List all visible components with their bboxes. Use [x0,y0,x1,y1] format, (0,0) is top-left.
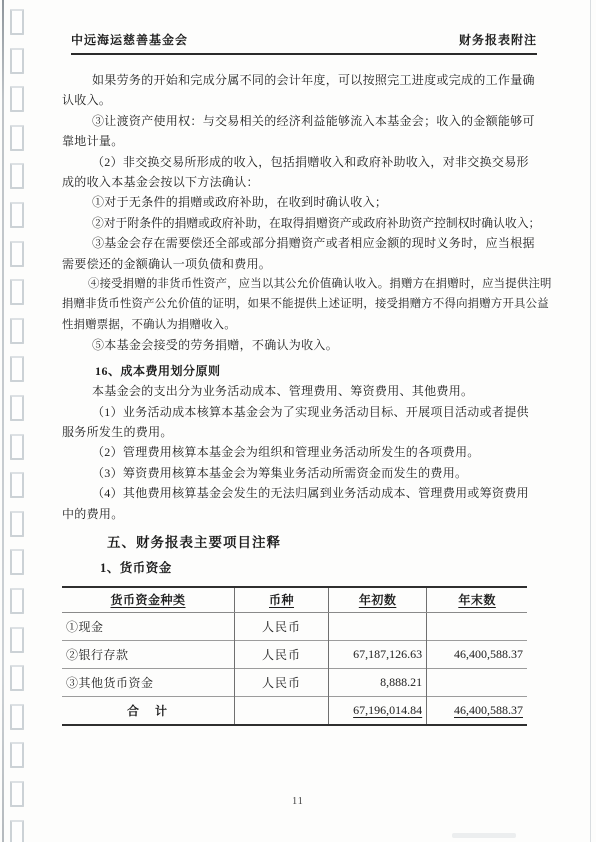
binding-hole [10,163,24,189]
cell-currency [235,696,329,725]
table-header-cell: 年初数 [328,587,426,613]
cell-fund-type: ③其他货币资金 [62,668,235,696]
cell-total-label: 合 计 [62,696,235,725]
binding-hole [10,279,24,305]
binding-hole [10,202,24,228]
binding-hole [10,665,24,691]
item-unconditional-donation: ①对于无条件的捐赠或政府补助，在收到时确认收入； [62,192,532,212]
page-header: 中远海运慈善基金会 财务报表附注 [71,31,537,55]
table-row-total: 合 计 67,196,014.84 46,400,588.37 [62,696,527,725]
item-fundraising-expense: （3）筹资费用核算本基金会为筹集业务活动所需资金而发生的费用。 [62,463,532,483]
binding-hole [10,9,24,35]
cell-closing [427,668,527,696]
cell-currency: 人民币 [235,668,329,696]
document-body: 如果劳务的开始和完成分属不同的会计年度，可以按照完工进度或完成的工作量确 认收入… [62,70,532,726]
scan-artifact [452,833,516,838]
cell-fund-type: ②银行存款 [62,640,235,668]
cell-currency: 人民币 [235,612,329,640]
cell-currency: 人民币 [235,640,329,668]
cell-total-opening: 67,196,014.84 [328,696,426,725]
item-admin-expense: （2）管理费用核算本基金会为组织和管理业务活动所发生的各项费用。 [62,442,532,462]
item-activity-cost: （1）业务活动成本核算本基金会为了实现业务活动目标、开展项目活动或者提供 服务所… [62,402,532,443]
header-closing-balance: 年末数 [458,593,496,607]
binding-hole [10,820,24,842]
table-header-cell: 币种 [235,587,329,613]
binding-holes [10,9,24,842]
table-header-cell: 货币资金种类 [62,587,235,613]
table-header-row: 货币资金种类 币种 年初数 年末数 [62,587,527,613]
page-right-edge [590,0,591,842]
binding-hole [10,511,24,537]
binding-hole [10,356,24,382]
para-expense-classification: 本基金会的支出分为业务活动成本、管理费用、筹资费用、其他费用。 [62,381,532,401]
monetary-funds-table: 货币资金种类 币种 年初数 年末数 ①现金 人民币 ②银行存款 人民币 67,1… [62,586,527,726]
doc-title: 财务报表附注 [459,31,537,48]
cell-closing [427,612,527,640]
total-opening-value: 67,196,014.84 [353,703,422,717]
cell-opening: 67,187,126.63 [328,640,426,668]
item-service-donation: ⑤本基金会接受的劳务捐赠，不确认为收入。 [62,335,532,355]
section-heading-notes: 五、财务报表主要项目注释 [62,532,532,553]
binding-hole [10,125,24,151]
cell-total-closing: 46,400,588.37 [427,696,527,725]
page-number: 11 [0,796,596,807]
cell-opening: 8,888.21 [328,668,426,696]
table-header-cell: 年末数 [427,587,527,613]
binding-hole [10,318,24,344]
item-other-expense: （4）其他费用核算基金会发生的无法归属到业务活动成本、管理费用或筹资费用 中的费… [62,483,532,524]
item-conditional-donation: ②对于附条件的捐赠或政府补助，在取得捐赠资产或政府补助资产控制权时确认收入； [62,213,532,233]
para-asset-use-right: ③让渡资产使用权：与交易相关的经济利益能够流入本基金会；收入的金额能够可 靠地计… [62,111,532,152]
cell-closing: 46,400,588.37 [427,640,527,668]
binding-hole [10,241,24,267]
cell-opening [328,612,426,640]
subheading-monetary-funds: 1、货币资金 [62,558,532,578]
binding-hole [10,434,24,460]
item-repayment-obligation: ③基金会存在需要偿还全部或部分捐赠资产或者相应金额的现时义务时，应当根据 需要偿… [62,233,532,274]
header-currency: 币种 [269,593,294,607]
header-fund-type: 货币资金种类 [111,593,186,607]
binding-hole [10,627,24,653]
para-service-revenue: 如果劳务的开始和完成分属不同的会计年度，可以按照完工进度或完成的工作量确 认收入… [62,70,532,111]
binding-hole [10,549,24,575]
table-row-cash: ①现金 人民币 [62,612,527,640]
org-name: 中远海运慈善基金会 [71,31,188,48]
binding-hole [10,395,24,421]
binding-hole [10,742,24,768]
binding-hole [10,704,24,730]
table-row-bank-deposit: ②银行存款 人民币 67,187,126.63 46,400,588.37 [62,640,527,668]
binding-hole [10,86,24,112]
cell-fund-type: ①现金 [62,612,235,640]
para-nonmonetary-donation: ④接受捐赠的非货币性资产，应当以其公允价值确认收入。捐赠方在捐赠时，应当提供注明… [62,274,532,335]
binding-hole [10,588,24,614]
header-opening-balance: 年初数 [359,593,397,607]
binding-hole [10,48,24,74]
total-closing-value: 46,400,588.37 [454,703,523,717]
heading-cost-expense-principle: 16、成本费用划分原则 [62,361,532,381]
para-nonexchange-intro: （2）非交换交易所形成的收入，包括捐赠收入和政府补助收入，对非交换交易形 成的收… [62,152,532,193]
document-page: 中远海运慈善基金会 财务报表附注 如果劳务的开始和完成分属不同的会计年度，可以按… [0,0,596,842]
table-row-other-funds: ③其他货币资金 人民币 8,888.21 [62,668,527,696]
binding-hole [10,472,24,498]
page-left-edge [2,0,4,842]
